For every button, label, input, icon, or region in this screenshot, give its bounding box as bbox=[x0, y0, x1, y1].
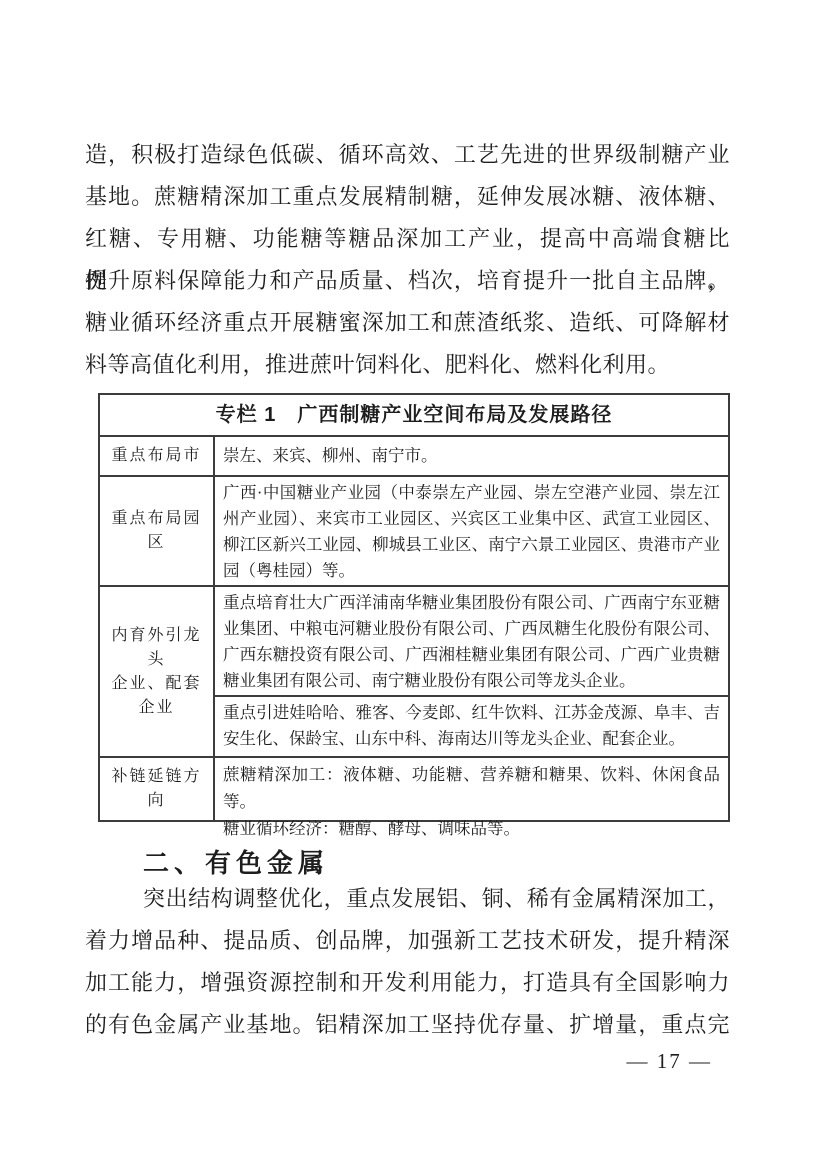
content-cultivate-leaders: 重点培育壮大广西洋浦南华糖业集团股份有限公司、广西南宁东亚糖业集团、中粮屯河糖业… bbox=[215, 587, 728, 697]
paragraph-line: 的有色金属产业基地。铝精深加工坚持优存量、扩增量，重点完 bbox=[85, 1004, 730, 1046]
paragraph-line: 加工能力，增强资源控制和开发利用能力，打造具有全国影响力 bbox=[85, 962, 730, 1004]
label-line: 企业、配套 bbox=[111, 672, 201, 696]
row-content-enterprises: 重点培育壮大广西洋浦南华糖业集团股份有限公司、广西南宁东亚糖业集团、中粮屯河糖业… bbox=[215, 587, 728, 756]
paragraph-line: 红糖、专用糖、功能糖等糖品深加工产业，提高中高端食糖比例， bbox=[85, 218, 730, 260]
table-title: 专栏 1 广西制糖产业空间布局及发展路径 bbox=[100, 395, 728, 437]
row-label-enterprises: 内育外引龙头 企业、配套 企业 bbox=[100, 587, 215, 756]
label-line: 企业 bbox=[138, 696, 174, 720]
row-content-parks: 广西·中国糖业产业园（中泰崇左产业园、崇左空港产业园、崇左江州产业园）、来宾市工… bbox=[215, 477, 728, 585]
row-label-chain-direction: 补链延链方向 bbox=[100, 758, 215, 820]
page-number: — 17 — bbox=[627, 1048, 713, 1074]
section-heading-nonferrous-metals: 二、有色金属 bbox=[143, 846, 329, 880]
table-row-chain-direction: 补链延链方向 蔗糖精深加工：液体糖、功能糖、营养糖和糖果、饮料、休闲食品等。 糖… bbox=[100, 758, 728, 820]
paragraph-line: 突出结构调整优化，重点发展铝、铜、稀有金属精深加工， bbox=[85, 878, 730, 920]
paragraph-line: 提升原料保障能力和产品质量、档次，培育提升一批自主品牌。 bbox=[85, 260, 730, 302]
chain-line-deep-processing: 蔗糖精深加工：液体糖、功能糖、营养糖和糖果、饮料、休闲食品等。 bbox=[223, 761, 720, 815]
paragraph-nonferrous-metals: 突出结构调整优化，重点发展铝、铜、稀有金属精深加工， 着力增品种、提品质、创品牌… bbox=[85, 878, 730, 1046]
document-page: 造，积极打造绿色低碳、循环高效、工艺先进的世界级制糖产业 基地。蔗糖精深加工重点… bbox=[0, 0, 826, 1169]
table-row-enterprises: 内育外引龙头 企业、配套 企业 重点培育壮大广西洋浦南华糖业集团股份有限公司、广… bbox=[100, 587, 728, 758]
chain-line-circular-economy: 糖业循环经济：糖醇、酵母、调味品等。 bbox=[223, 815, 720, 842]
paragraph-line: 糖业循环经济重点开展糖蜜深加工和蔗渣纸浆、造纸、可降解材 bbox=[85, 302, 730, 344]
paragraph-line: 基地。蔗糖精深加工重点发展精制糖，延伸发展冰糖、液体糖、 bbox=[85, 176, 730, 218]
paragraph-line: 造，积极打造绿色低碳、循环高效、工艺先进的世界级制糖产业 bbox=[85, 134, 730, 176]
row-content-chain-direction: 蔗糖精深加工：液体糖、功能糖、营养糖和糖果、饮料、休闲食品等。 糖业循环经济：糖… bbox=[215, 758, 728, 820]
paragraph-line: 着力增品种、提品质、创品牌，加强新工艺技术研发，提升精深 bbox=[85, 920, 730, 962]
content-introduce-leaders: 重点引进娃哈哈、雅客、今麦郎、红牛饮料、江苏金茂源、阜丰、吉安生化、保龄宝、山东… bbox=[215, 697, 728, 756]
table-row-parks: 重点布局园区 广西·中国糖业产业园（中泰崇左产业园、崇左空港产业园、崇左江州产业… bbox=[100, 477, 728, 587]
paragraph-line: 料等高值化利用，推进蔗叶饲料化、肥料化、燃料化利用。 bbox=[85, 344, 730, 386]
label-line: 内育外引龙头 bbox=[104, 624, 209, 672]
row-label-cities: 重点布局市 bbox=[100, 437, 215, 475]
table-row-cities: 重点布局市 崇左、来宾、柳州、南宁市。 bbox=[100, 437, 728, 477]
paragraph-sugar-industry: 造，积极打造绿色低碳、循环高效、工艺先进的世界级制糖产业 基地。蔗糖精深加工重点… bbox=[85, 134, 730, 386]
row-label-parks: 重点布局园区 bbox=[100, 477, 215, 585]
column-box-table: 专栏 1 广西制糖产业空间布局及发展路径 重点布局市 崇左、来宾、柳州、南宁市。… bbox=[98, 393, 730, 822]
row-content-cities: 崇左、来宾、柳州、南宁市。 bbox=[215, 437, 728, 475]
